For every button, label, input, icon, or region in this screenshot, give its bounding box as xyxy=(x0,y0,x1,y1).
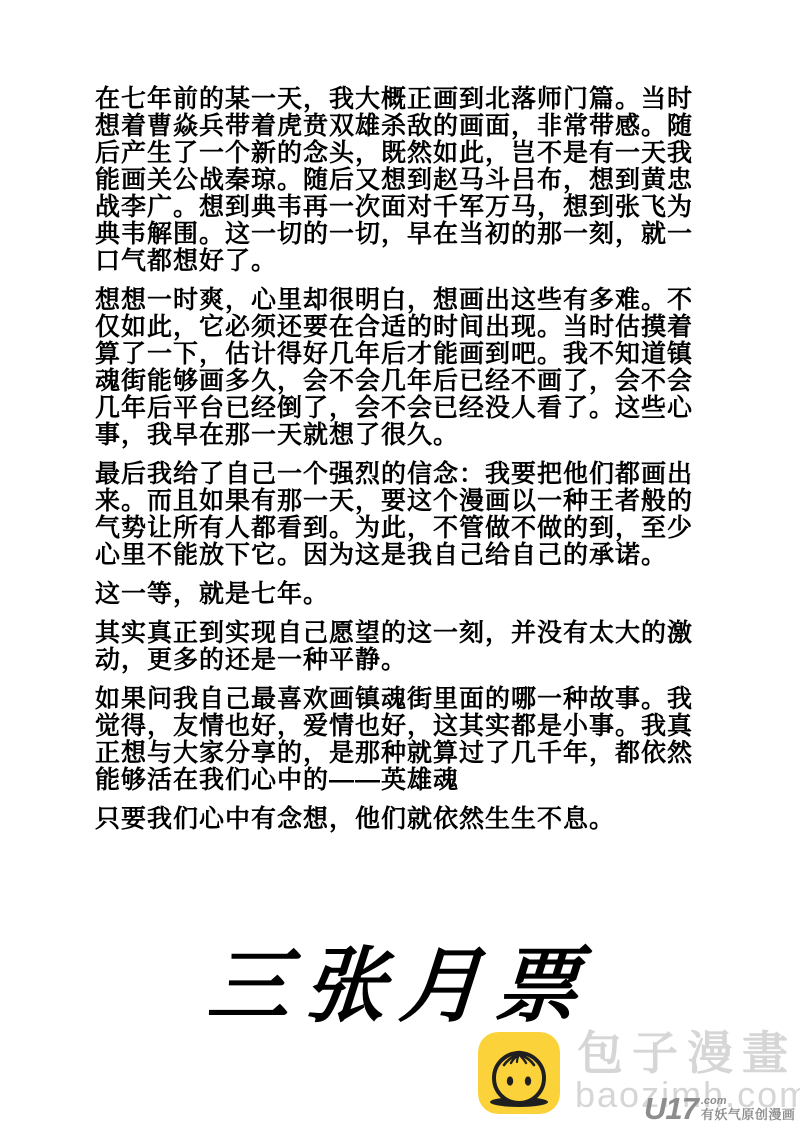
baozi-bun-drawing xyxy=(478,1032,560,1114)
monthly-ticket-calligraphy: 三张月票 xyxy=(0,936,800,1036)
paragraph: 只要我们心中有念想，他们就依然生生不息。 xyxy=(95,806,720,833)
paragraph: 如果问我自己最喜欢画镇魂街里面的哪一种故事。我 觉得，友情也好，爱情也好，这其实… xyxy=(95,686,720,794)
paragraph: 其实真正到实现自己愿望的这一刻，并没有太大的激 动，更多的还是一种平静。 xyxy=(95,620,720,674)
paragraph: 想想一时爽，心里却很明白，想画出这些有多难。不 仅如此，它必须还要在合适的时间出… xyxy=(95,287,720,449)
u17-logo-text: U17 xyxy=(644,1094,698,1124)
paragraph: 这一等，就是七年。 xyxy=(95,581,720,608)
comic-afterword-page: 在七年前的某一天，我大概正画到北落师门篇。当时 想着曹焱兵带着虎贲双雄杀敌的画面… xyxy=(0,0,800,1132)
u17-domain-suffix: .com xyxy=(701,1096,796,1107)
baozimh-site-name: 包子漫畫 xyxy=(577,1028,797,1078)
u17-watermark: U17 .com 有妖气原创漫画 xyxy=(644,1094,795,1124)
author-note-text-block: 在七年前的某一天，我大概正画到北落师门篇。当时 想着曹焱兵带着虎贲双雄杀敌的画面… xyxy=(95,86,720,845)
paragraph: 在七年前的某一天，我大概正画到北落师门篇。当时 想着曹焱兵带着虎贲双雄杀敌的画面… xyxy=(95,86,720,275)
u17-logo-right-column: .com 有妖气原创漫画 xyxy=(701,1094,796,1122)
u17-tagline: 有妖气原创漫画 xyxy=(701,1107,796,1122)
paragraph: 最后我给了自己一个强烈的信念：我要把他们都画出 来。而且如果有那一天，要这个漫画… xyxy=(95,461,720,569)
baozi-mascot-icon xyxy=(478,1032,560,1114)
